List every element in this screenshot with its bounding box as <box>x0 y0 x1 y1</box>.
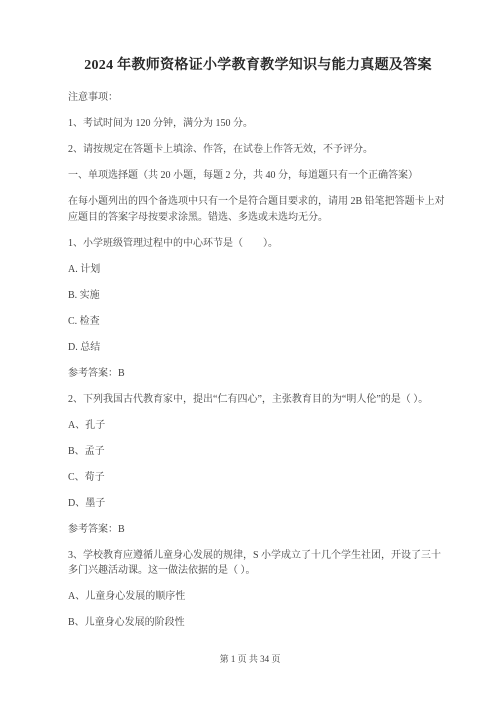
question-2-answer: 参考答案：B <box>68 522 448 538</box>
question-2-option-c: C、荀子 <box>68 470 448 486</box>
notice-heading: 注意事项： <box>68 90 448 106</box>
question-1-option-a: A. 计划 <box>68 262 448 278</box>
question-2-option-b: B、孟子 <box>68 444 448 460</box>
question-3-option-b: B、儿童身心发展的阶段性 <box>68 615 448 631</box>
question-3-option-a: A、儿童身心发展的顺序性 <box>68 589 448 605</box>
question-1-answer: 参考答案：B <box>68 366 448 382</box>
question-2-option-a: A、孔子 <box>68 418 448 434</box>
question-1-stem: 1、小学班级管理过程中的中心环节是（ ）。 <box>68 236 448 252</box>
question-2-stem: 2、下列我国古代教育家中，提出“仁有四心”，主张教育目的为“明人伦”的是（ ）。 <box>68 392 448 408</box>
question-1-option-c: C. 检查 <box>68 314 448 330</box>
document-content: 2024 年教师资格证小学教育教学知识与能力真题及答案 注意事项： 1、考试时间… <box>0 0 500 631</box>
question-1-option-b: B. 实施 <box>68 288 448 304</box>
question-3-stem: 3、学校教育应遵循儿童身心发展的规律，S 小学成立了十几个学生社团，开设了三十多… <box>68 548 448 579</box>
page-number-indicator: 第 1 页 共 34 页 <box>0 653 500 666</box>
document-page: 2024 年教师资格证小学教育教学知识与能力真题及答案 注意事项： 1、考试时间… <box>0 0 500 707</box>
document-title: 2024 年教师资格证小学教育教学知识与能力真题及答案 <box>68 56 448 76</box>
section-heading: 一、单项选择题（共 20 小题，每题 2 分，共 40 分，每道题只有一个正确答… <box>68 168 448 184</box>
notice-item-2: 2、请按规定在答题卡上填涂、作答，在试卷上作答无效，不予评分。 <box>68 142 448 158</box>
section-instruction: 在每小题列出的四个备选项中只有一个是符合题目要求的，请用 2B 铅笔把答题卡上对… <box>68 194 448 225</box>
notice-item-1: 1、考试时间为 120 分钟，满分为 150 分。 <box>68 116 448 132</box>
question-2-option-d: D、墨子 <box>68 496 448 512</box>
question-1-option-d: D. 总结 <box>68 340 448 356</box>
